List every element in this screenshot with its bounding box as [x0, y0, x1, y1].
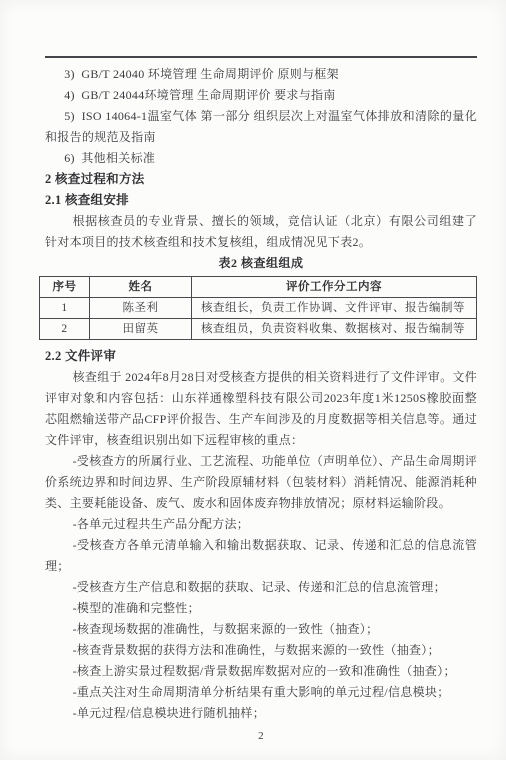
section-2-title: 2 核查过程和方法 — [45, 169, 477, 190]
document-page: 3) GB/T 24040 环境管理 生命周期评价 原则与框架 4) GB/T … — [0, 0, 506, 760]
focus-point: -核查上游实景过程数据/背景数据库数据对应的一致和准确性（抽查）； — [45, 661, 477, 682]
focus-point: -核查背景数据的获得方法和准确性，与数据来源的一致性（抽查）； — [45, 640, 477, 661]
table-header-name: 姓名 — [90, 277, 192, 298]
table-header-no: 序号 — [40, 277, 90, 298]
table-row: 2 田留英 核查组员，负责资料收集、数据核对、报告编制等 — [40, 319, 477, 340]
table-row: 1 陈圣利 核查组长，负责工作协调、文件评审、报告编制等 — [40, 298, 477, 319]
section-2-2-title: 2.2 文件评审 — [45, 346, 477, 367]
page-number: 2 — [45, 726, 477, 747]
cell-row1-name: 陈圣利 — [90, 298, 192, 319]
focus-point: -单元过程/信息模块进行随机抽样； — [45, 703, 477, 724]
focus-point: -各单元过程共生产品分配方法； — [45, 514, 477, 535]
standard-item-3: 3) GB/T 24040 环境管理 生命周期评价 原则与框架 — [45, 64, 477, 85]
section-2-1-title: 2.1 核查组安排 — [45, 190, 477, 211]
section-2-1-paragraph: 根据核查员的专业背景、擅长的领域，竞信认证（北京）有限公司组建了针对本项目的技术… — [45, 211, 477, 253]
focus-point: -核查现场数据的准确性，与数据来源的一致性（抽查）； — [45, 619, 477, 640]
cell-row2-no: 2 — [40, 319, 90, 340]
standard-item-5: 5) ISO 14064-1温室气体 第一部分 组织层次上对温室气体排放和清除的… — [45, 106, 477, 148]
cell-row2-name: 田留英 — [90, 319, 192, 340]
header-rule — [45, 56, 477, 58]
verification-team-table: 序号 姓名 评价工作分工内容 1 陈圣利 核查组长，负责工作协调、文件评审、报告… — [39, 276, 477, 340]
focus-point: -重点关注对生命周期清单分析结果有重大影响的单元过程/信息模块； — [45, 682, 477, 703]
standard-item-6: 6) 其他相关标准 — [45, 148, 477, 169]
focus-point: -受核查方生产信息和数据的获取、记录、传递和汇总的信息流管理； — [45, 577, 477, 598]
cell-row2-duty: 核查组员，负责资料收集、数据核对、报告编制等 — [192, 319, 477, 340]
focus-point: -模型的准确和完整性； — [45, 598, 477, 619]
cell-row1-no: 1 — [40, 298, 90, 319]
focus-point: -受核查方各单元清单输入和输出数据获取、记录、传递和汇总的信息流管理； — [45, 535, 477, 577]
cell-row1-duty: 核查组长，负责工作协调、文件评审、报告编制等 — [192, 298, 477, 319]
table-2-caption: 表2 核查组组成 — [45, 253, 477, 274]
standard-item-4: 4) GB/T 24044环境管理 生命周期评价 要求与指南 — [45, 85, 477, 106]
table-header-row: 序号 姓名 评价工作分工内容 — [40, 277, 477, 298]
section-2-2-paragraph: 核查组于 2024年8月28日对受核查方提供的相关资料进行了文件评审。文件评审对… — [45, 367, 477, 451]
focus-point: -受核查方的所属行业、工艺流程、功能单位（声明单位）、产品生命周期评价系统边界和… — [45, 451, 477, 514]
table-header-duty: 评价工作分工内容 — [192, 277, 477, 298]
